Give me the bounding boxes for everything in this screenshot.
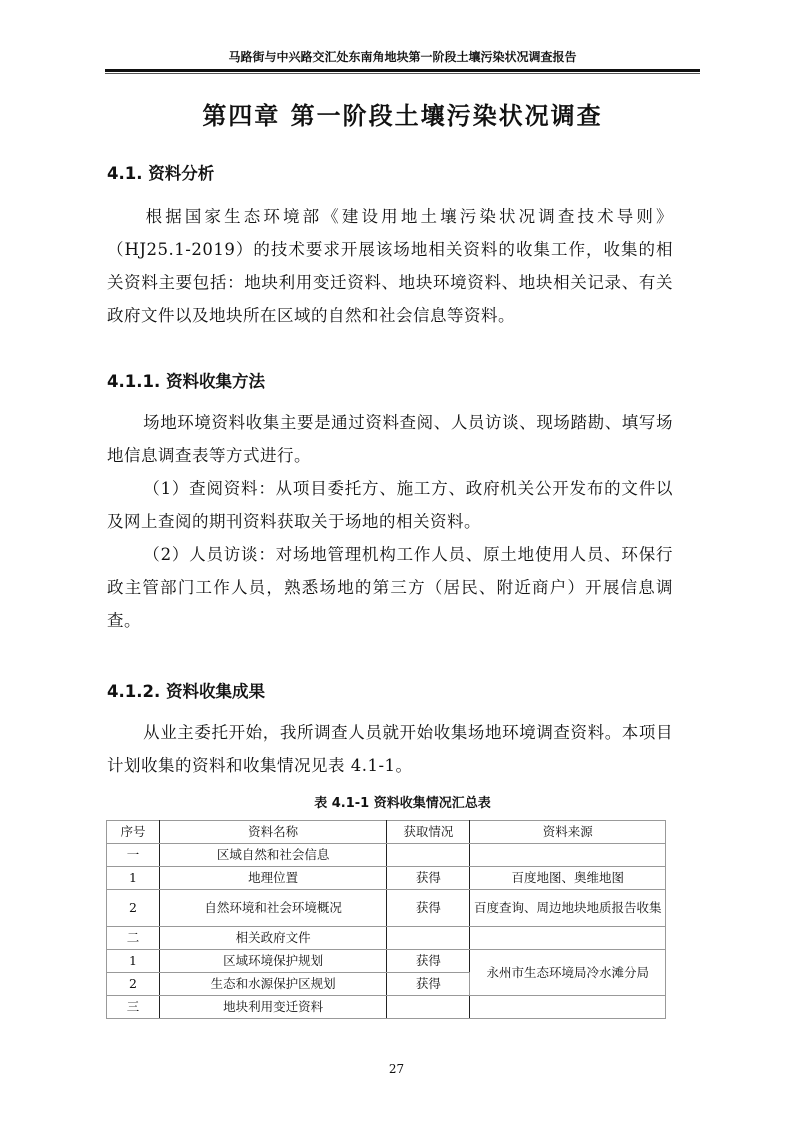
- cell-status: 获得: [387, 950, 470, 973]
- cell-status: 获得: [387, 973, 470, 996]
- table-row: 2 自然环境和社会环境概况 获得 百度查询、周边地块地质报告收集: [107, 890, 666, 927]
- paragraph-text: 从业主委托开始，我所调查人员就开始收集场地环境调查资料。本项目计划收集的资料和收…: [107, 723, 673, 775]
- cell-name: 生态和水源保护区规划: [160, 973, 387, 996]
- paragraph: 根据国家生态环境部《建设用地土壤污染状况调查技术导则》（HJ25.1-2019）…: [107, 200, 673, 332]
- cell-name: 相关政府文件: [160, 927, 387, 950]
- cell-status: 获得: [387, 867, 470, 890]
- cell-no: 二: [107, 927, 160, 950]
- table-row: 二 相关政府文件: [107, 927, 666, 950]
- cell-no: 一: [107, 844, 160, 867]
- table-caption: 表 4.1-1 资料收集情况汇总表: [105, 792, 700, 811]
- cell-no: 1: [107, 867, 160, 890]
- cell-name: 区域自然和社会信息: [160, 844, 387, 867]
- table-row: 1 区域环境保护规划 获得 永州市生态环境局冷水滩分局: [107, 950, 666, 973]
- paragraph: 从业主委托开始，我所调查人员就开始收集场地环境调查资料。本项目计划收集的资料和收…: [107, 716, 673, 782]
- table-row: 一 区域自然和社会信息: [107, 844, 666, 867]
- header-cell: 序号: [107, 821, 160, 844]
- cell-no: 2: [107, 890, 160, 927]
- section-heading-4-1-1: 4.1.1. 资料收集方法: [107, 368, 265, 392]
- cell-source: [470, 844, 666, 867]
- cell-status: [387, 927, 470, 950]
- running-header: 马路街与中兴路交汇处东南角地块第一阶段土壤污染状况调查报告: [105, 48, 700, 65]
- header-cell: 资料名称: [160, 821, 387, 844]
- cell-source: [470, 996, 666, 1019]
- paragraph: （1）查阅资料：从项目委托方、施工方、政府机关公开发布的文件以及网上查阅的期刊资…: [107, 472, 673, 538]
- cell-name: 地理位置: [160, 867, 387, 890]
- section-heading-4-1-2: 4.1.2. 资料收集成果: [107, 678, 265, 702]
- cell-source: 百度地图、奥维地图: [470, 867, 666, 890]
- paragraph: （2）人员访谈：对场地管理机构工作人员、原土地使用人员、环保行政主管部门工作人员…: [107, 538, 673, 637]
- section-heading-4-1: 4.1. 资料分析: [107, 160, 214, 184]
- cell-no: 1: [107, 950, 160, 973]
- table-row: 1 地理位置 获得 百度地图、奥维地图: [107, 867, 666, 890]
- cell-source-merged: 永州市生态环境局冷水滩分局: [470, 950, 666, 996]
- cell-no: 2: [107, 973, 160, 996]
- chapter-title: 第四章 第一阶段土壤污染状况调查: [105, 96, 700, 131]
- cell-name: 区域环境保护规划: [160, 950, 387, 973]
- cell-source: [470, 927, 666, 950]
- page-number: 27: [0, 1062, 793, 1076]
- header-rule: [105, 69, 700, 75]
- cell-name: 自然环境和社会环境概况: [160, 890, 387, 927]
- cell-name: 地块利用变迁资料: [160, 996, 387, 1019]
- paragraph-text: （1）查阅资料：从项目委托方、施工方、政府机关公开发布的文件以及网上查阅的期刊资…: [107, 479, 673, 531]
- header-cell: 获取情况: [387, 821, 470, 844]
- header-cell: 资料来源: [470, 821, 666, 844]
- paragraph: 场地环境资料收集主要是通过资料查阅、人员访谈、现场踏勘、填写场地信息调查表等方式…: [107, 406, 673, 472]
- cell-status: 获得: [387, 890, 470, 927]
- paragraph-text: 场地环境资料收集主要是通过资料查阅、人员访谈、现场踏勘、填写场地信息调查表等方式…: [107, 413, 673, 465]
- cell-status: [387, 844, 470, 867]
- cell-source: 百度查询、周边地块地质报告收集: [470, 890, 666, 927]
- paragraph-text: 根据国家生态环境部《建设用地土壤污染状况调查技术导则》（HJ25.1-2019）…: [107, 207, 673, 325]
- table-row: 三 地块利用变迁资料: [107, 996, 666, 1019]
- paragraph-text: （2）人员访谈：对场地管理机构工作人员、原土地使用人员、环保行政主管部门工作人员…: [107, 545, 673, 630]
- cell-status: [387, 996, 470, 1019]
- data-collection-table: 序号 资料名称 获取情况 资料来源 一 区域自然和社会信息 1 地理位置 获得 …: [106, 820, 666, 1019]
- cell-no: 三: [107, 996, 160, 1019]
- table-header-row: 序号 资料名称 获取情况 资料来源: [107, 821, 666, 844]
